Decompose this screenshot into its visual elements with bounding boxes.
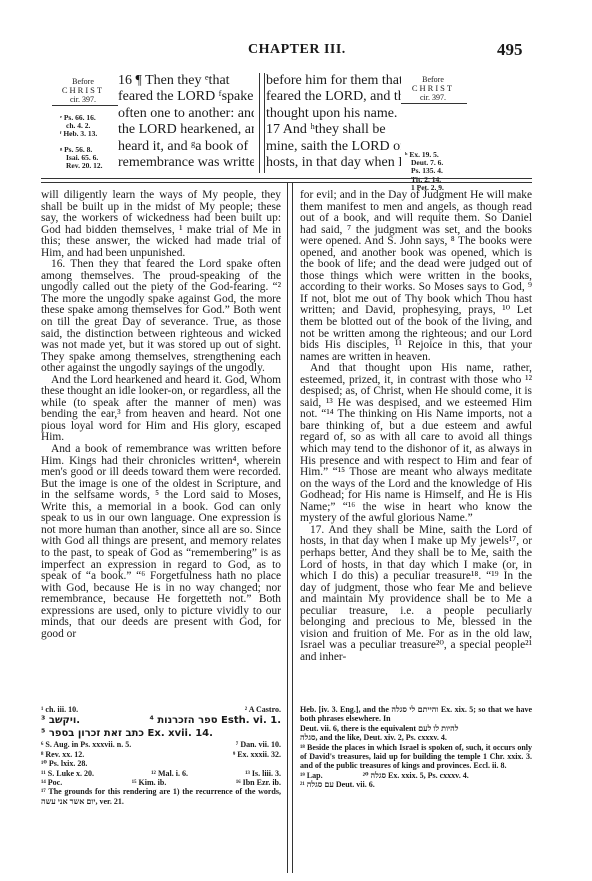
before-christ-left: Before CHRIST cir. 397. xyxy=(55,77,111,104)
footnote: ¹² Mal. i. 6. xyxy=(151,769,188,778)
commentary-left-column: will diligently learn the ways of My peo… xyxy=(41,190,281,640)
bc-date: cir. 397. xyxy=(55,95,111,104)
footnote: ¹⁰ Ps. lxix. 28. xyxy=(41,759,281,768)
footnotes-right: Heb. [iv. 3. Eng.], and the והייתם לי סג… xyxy=(300,705,532,790)
bc-rule-left xyxy=(52,105,118,106)
commentary-paragraph: for evil; and in the Day of Judgment He … xyxy=(300,190,532,363)
marginal-ref: ᶠ Heb. 3. 13. xyxy=(60,130,120,138)
commentary-paragraph: 17. And they shall be Mine, saith the Lo… xyxy=(300,525,532,664)
scripture-line: 16 ¶ Then they ᵉthat xyxy=(118,73,254,89)
scripture-left-column: 16 ¶ Then they ᵉthat feared the LORD ᶠsp… xyxy=(118,73,254,171)
commentary-paragraph: And that thought upon His name, rather, … xyxy=(300,363,532,525)
scripture-column-divider xyxy=(259,73,265,173)
commentary-paragraph: will diligently learn the ways of My peo… xyxy=(41,190,281,259)
marginal-refs-right: ʰ Ex. 19. 5. Deut. 7. 6. Ps. 135. 4. Tit… xyxy=(405,151,465,192)
footnote: ¹⁵ Kim. ib. xyxy=(132,778,167,787)
footnote: ² A Castro. xyxy=(245,705,281,714)
footnote-row: ³ ויקשב. ⁴ ספר הזכרנות Esth. vi. 1. xyxy=(41,714,281,727)
scripture-line: hosts, in that day when I xyxy=(266,155,401,171)
scripture-right-column: before him for them that feared the LORD… xyxy=(266,73,401,171)
scripture-line: remembrance was written xyxy=(118,155,254,171)
bc-christ-label: CHRIST xyxy=(403,84,463,93)
bc-christ-label: CHRIST xyxy=(55,86,111,95)
footnote: ⁵ כתב זאת זכרון בספר Ex. xvii. 14. xyxy=(41,727,281,740)
page-number: 495 xyxy=(497,40,523,60)
footnote: ¹⁹ Lap. xyxy=(300,771,323,780)
footnote: ¹⁴ Poc. xyxy=(41,778,62,787)
footnote-row: ¹ ch. iii. 10. ² A Castro. xyxy=(41,705,281,714)
commentary-paragraph: And a book of remembrance was written be… xyxy=(41,444,281,640)
commentary-right-column: for evil; and in the Day of Judgment He … xyxy=(300,190,532,663)
scripture-line: heard it, and ᵍa book of xyxy=(118,139,254,155)
bc-rule-right xyxy=(401,103,467,104)
footnote: ¹⁸ Beside the places in which Israel is … xyxy=(300,743,532,771)
book-page: CHAPTER III. 495 Before CHRIST cir. 397.… xyxy=(0,0,592,881)
footnote: ⁹ Ex. xxxii. 32. xyxy=(233,750,281,759)
footnote: ⁷ Dan. vii. 10. xyxy=(236,740,281,749)
footnote-row: ¹⁹ Lap. ²⁰ סגלה Ex. xxix. 5, Ps. cxxxv. … xyxy=(300,771,532,780)
footnote: ¹ ch. iii. 10. xyxy=(41,705,78,714)
scripture-line: thought upon his name. xyxy=(266,106,401,122)
scripture-line: the LORD hearkened, and xyxy=(118,122,254,138)
footnote-row: ⁶ S. Aug. in Ps. xxxvii. n. 5. ⁷ Dan. vi… xyxy=(41,740,281,749)
footnote-row: ¹¹ S. Luke x. 20. ¹² Mal. i. 6. ¹³ Is. l… xyxy=(41,769,281,778)
footnote: ¹⁶ Ibn Ezr. ib. xyxy=(236,778,281,787)
footnote: Heb. [iv. 3. Eng.], and the והייתם לי סג… xyxy=(300,705,532,724)
scripture-line: feared the LORD ᶠspake xyxy=(118,89,254,105)
scripture-line: often one to another: and xyxy=(118,106,254,122)
footnote: ⁸ Rev. xx. 12. xyxy=(41,750,84,759)
commentary-paragraph: 16. Then they that feared the Lord spake… xyxy=(41,259,281,374)
scripture-line: before him for them that xyxy=(266,73,401,89)
marginal-refs-left: ᵉ Ps. 66. 16. ch. 4. 2. ᶠ Heb. 3. 13. ᵍ … xyxy=(60,114,120,170)
running-head: CHAPTER III. 495 xyxy=(0,42,592,62)
marginal-ref: Rev. 20. 12. xyxy=(60,162,120,170)
chapter-title: CHAPTER III. xyxy=(248,42,346,58)
footnote: Deut. vii. 6, there is the equivalent לה… xyxy=(300,724,532,733)
footnote: ²⁰ סגלה Ex. xxix. 5, Ps. cxxxv. 4. xyxy=(363,771,469,780)
footnote: ⁴ ספר הזכרנות Esth. vi. 1. xyxy=(149,714,281,727)
footnote-row: ⁸ Rev. xx. 12. ⁹ Ex. xxxii. 32. xyxy=(41,750,281,759)
footnote: ¹³ Is. liii. 3. xyxy=(245,769,281,778)
before-christ-right: Before CHRIST cir. 397. xyxy=(403,75,463,102)
footnotes-left: ¹ ch. iii. 10. ² A Castro. ³ ויקשב. ⁴ ספ… xyxy=(41,705,281,806)
footnote: ³ ויקשב. xyxy=(41,714,80,727)
scripture-line: feared the LORD, and that xyxy=(266,89,401,105)
scripture-line: 17 And ʰthey shall be xyxy=(266,122,401,138)
footnote: ²¹ עם סגלה Deut. vii. 6. xyxy=(300,780,532,789)
footnote: ⁶ S. Aug. in Ps. xxxvii. n. 5. xyxy=(41,740,131,749)
footnote: ¹¹ S. Luke x. 20. xyxy=(41,769,94,778)
commentary-paragraph: And the Lord hearkened and heard it. God… xyxy=(41,375,281,444)
footnote: סגלה, and the like, Deut. xiv. 2, Ps. cx… xyxy=(300,733,532,742)
bc-date: cir. 397. xyxy=(403,93,463,102)
scripture-line: mine, saith the LORD of xyxy=(266,139,401,155)
footnote-row: ¹⁴ Poc. ¹⁵ Kim. ib. ¹⁶ Ibn Ezr. ib. xyxy=(41,778,281,787)
footnote: ¹⁷ The grounds for this rendering are 1)… xyxy=(41,787,281,806)
commentary-column-divider xyxy=(287,183,293,873)
